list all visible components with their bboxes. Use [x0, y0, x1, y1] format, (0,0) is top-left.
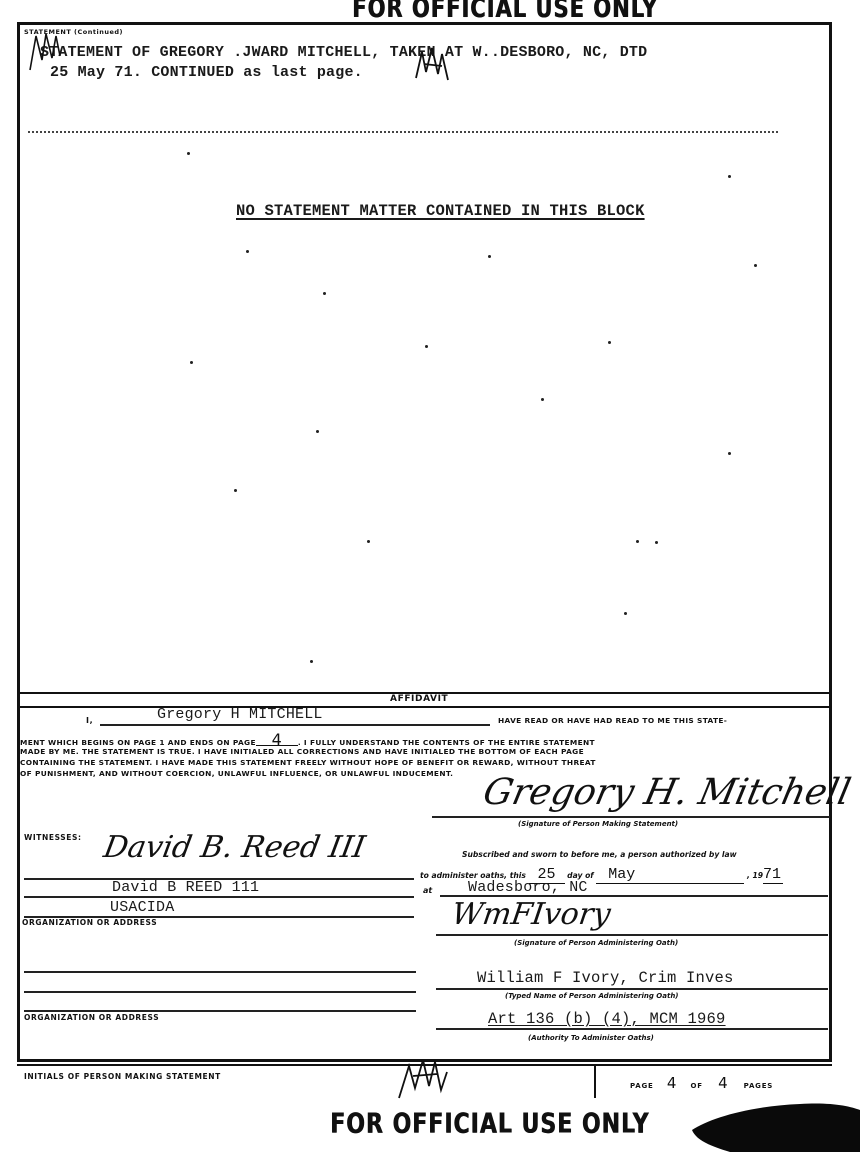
subscribed-line-1: Subscribed and sworn to before me, a per… [462, 850, 737, 859]
oath-authority-label: (Authority To Administer Oaths) [528, 1034, 654, 1042]
witness1-organization: USACIDA [110, 899, 174, 916]
administering-name-line [436, 988, 828, 990]
page-indicator: PAGE 4 OF 4 PAGES [630, 1074, 773, 1092]
witness2-name-line [24, 991, 416, 993]
affidavit-para-line-2: MADE BY ME. THE STATEMENT IS TRUE. I HAV… [20, 746, 584, 757]
footer-divider [594, 1064, 596, 1098]
affiant-name-line [100, 724, 490, 726]
statement-signature: Gregory H. Mitchell [480, 772, 855, 813]
header-line-2: 25 May 71. CONTINUED as last page. [50, 64, 363, 81]
initials-scribble-footer [395, 1052, 465, 1102]
witness1-signature: David B. Reed III [101, 830, 368, 865]
faint-dotted-line [28, 131, 778, 133]
administering-signature-label: (Signature of Person Administering Oath) [514, 939, 678, 947]
affidavit-read-text: HAVE READ OR HAVE HAD READ TO ME THIS ST… [498, 715, 727, 726]
witness2-org-label: ORGANIZATION OR ADDRESS [24, 1013, 159, 1022]
affidavit-para-line-3: CONTAINING THE STATEMENT. I HAVE MADE TH… [20, 757, 596, 768]
oath-authority-line [436, 1028, 828, 1030]
affidavit-i-label: I, [86, 716, 93, 725]
initials-label: INITIALS OF PERSON MAKING STATEMENT [24, 1072, 221, 1081]
page-number: 4 [667, 1074, 677, 1092]
total-pages: 4 [718, 1074, 728, 1092]
official-use-stamp-top: FOR OFFICIAL USE ONLY [352, 0, 658, 23]
affidavit-para-line-4: OF PUNISHMENT, AND WITHOUT COERCION, UNL… [20, 768, 453, 779]
witness2-org-line [24, 1010, 416, 1012]
oath-place: Wadesboro, NC [468, 879, 588, 896]
oath-year: 71 [763, 866, 783, 884]
witness1-name-line [24, 896, 414, 898]
statement-signature-label: (Signature of Person Making Statement) [518, 820, 678, 828]
witness1-org-label: ORGANIZATION OR ADDRESS [22, 918, 157, 927]
administering-name-label: (Typed Name of Person Administering Oath… [505, 992, 679, 1000]
affidavit-title-rule [17, 706, 832, 708]
initials-scribble-header [26, 30, 86, 74]
initials-scribble-header-2 [410, 44, 480, 84]
affidavit-title: AFFIDAVIT [390, 694, 448, 704]
at-label: at [423, 886, 432, 895]
administering-name: William F Ivory, Crim Inves [477, 969, 734, 987]
administering-signature-line [436, 934, 828, 936]
header-line-1: STATEMENT OF GREGORY .JWARD MITCHELL, TA… [40, 44, 647, 61]
oath-authority: Art 136 (b) (4), MCM 1969 [488, 1010, 726, 1028]
administering-signature: WmFIvory [450, 897, 613, 932]
witnesses-label: WITNESSES: [24, 833, 82, 842]
ink-smudge [690, 1100, 860, 1152]
official-use-stamp-bottom: FOR OFFICIAL USE ONLY [330, 1109, 649, 1140]
witness1-typed-name: David B REED 111 [112, 879, 259, 896]
no-statement-notice: NO STATEMENT MATTER CONTAINED IN THIS BL… [236, 202, 645, 220]
end-page-number: 4 [256, 734, 298, 746]
statement-signature-line [432, 816, 830, 818]
oath-month: May [596, 866, 744, 884]
affiant-name: Gregory H MITCHELL [157, 706, 323, 723]
witness2-signature-line [24, 971, 416, 973]
